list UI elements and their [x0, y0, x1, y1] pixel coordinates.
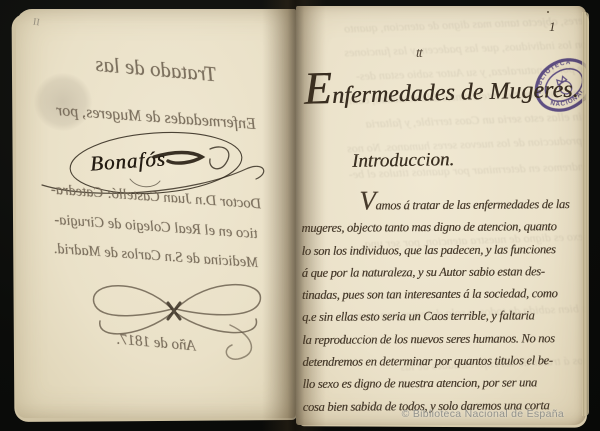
- paragraph-line: lo son los individuos, que las padecen, …: [302, 238, 570, 262]
- copyright-watermark: © Biblioteca Nacional de España: [402, 408, 564, 420]
- paragraph-line: mugeres, objecto tanto mas digno de aten…: [301, 215, 569, 239]
- paragraph-line: tinadas, pues son tan interesantes á la …: [302, 282, 570, 306]
- left-page: II Tratado de las Enfermedades de Mugere…: [16, 9, 296, 418]
- header-cross-mark: tt: [416, 46, 422, 62]
- manuscript-photo: II Tratado de las Enfermedades de Mugere…: [0, 0, 600, 431]
- show-through-line: mugeres, objecto tanto mas digno de aten…: [296, 12, 586, 38]
- right-page: mugeres, objecto tanto mas digno de aten…: [296, 6, 586, 425]
- paragraph-line: á que por la naturaleza, y su Autor sabi…: [302, 260, 570, 284]
- paragraph-line: la reproduccion de los nuevos seres huma…: [302, 327, 570, 351]
- paragraph-line: Vamos á tratar de las enfermedades de la…: [301, 193, 569, 217]
- page-number: 1: [549, 19, 556, 35]
- introduction-paragraph: Vamos á tratar de las enfermedades de la…: [301, 193, 571, 418]
- section-heading: Introduccion.: [352, 149, 455, 173]
- paragraph-line: llo sexo es digno de nuestra atencion, p…: [302, 371, 570, 395]
- ink-speck: [547, 11, 549, 13]
- signature-name: Bonafós: [89, 146, 166, 176]
- book-fore-edge: [582, 12, 589, 416]
- paragraph-line: detendremos en determinar por quantos ti…: [302, 349, 570, 373]
- paragraph-line: q.e sin ellas esto seria un Caos terribl…: [302, 305, 570, 329]
- corner-pencil-mark: II: [32, 17, 40, 29]
